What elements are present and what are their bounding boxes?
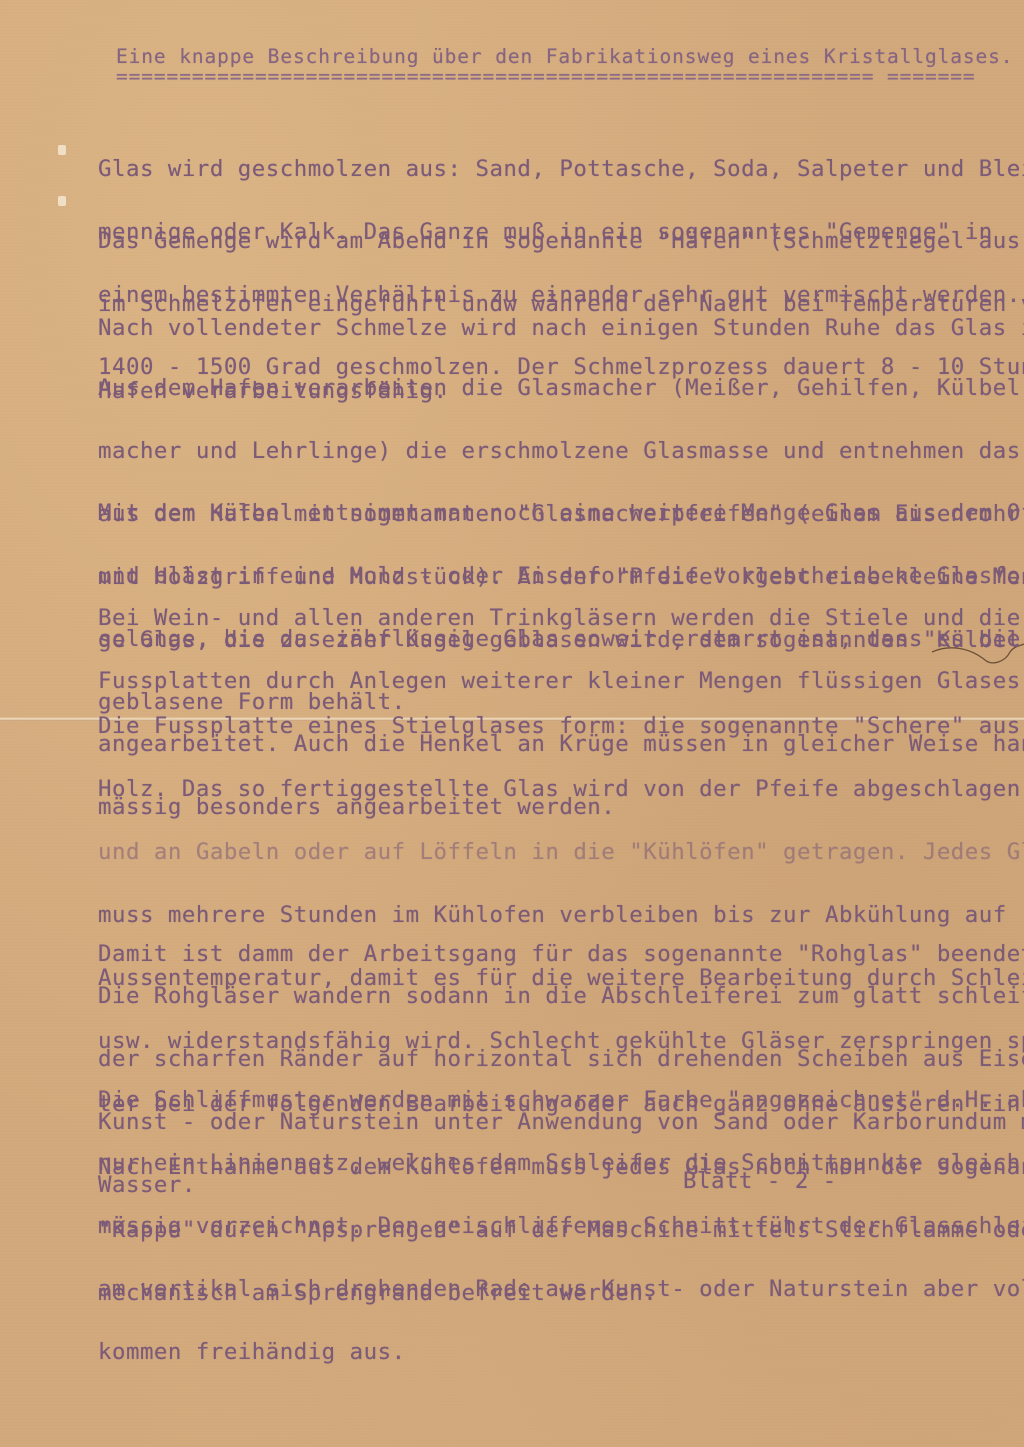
- page-label: Blatt - 2 -: [683, 1171, 837, 1192]
- text-line: Glas wird geschmolzen aus: Sand, Pottasc…: [98, 159, 1024, 180]
- text-line: Die Fussplatte eines Stielglases form: d…: [98, 716, 1024, 737]
- typewritten-document: Eine knappe Beschreibung über den Fabrik…: [98, 40, 1024, 565]
- paragraph-cutting-patterns: Die Schliffmuster werden mit schwarzer F…: [98, 1048, 1024, 1405]
- document-title: Eine knappe Beschreibung über den Fabrik…: [116, 46, 1013, 67]
- punch-hole-mark: [58, 145, 66, 155]
- text-line: Das Gemenge wird am Abend in sogenannte …: [98, 231, 1024, 252]
- punch-hole-mark: [58, 196, 66, 206]
- text-line: macher und Lehrlinge) die erschmolzene G…: [98, 441, 1024, 462]
- title-underline: ========================================…: [116, 66, 976, 87]
- text-line: Aus dem Hafen verarbeiten die Glasmacher…: [98, 378, 1024, 399]
- text-line: mässig vorzeichnet. Den geischliffenen S…: [98, 1216, 1024, 1237]
- text-line: Die Schliffmuster werden mit schwarzer F…: [98, 1090, 1024, 1111]
- text-line: Die Rohgläser wandern sodann in die Absc…: [98, 986, 1024, 1007]
- text-line: am vertikal sich drehenden Rade aus Kuns…: [98, 1279, 1024, 1300]
- text-line: Holz. Das so fertiggestellte Glas wird v…: [98, 779, 1024, 800]
- text-line: Mit dem Külbel entnimmt man noch eine we…: [98, 503, 1024, 524]
- text-line-obscured: und an Gabeln oder auf Löffeln in die "K…: [98, 842, 1024, 863]
- text-line: kommen freihändig aus.: [98, 1342, 1024, 1363]
- text-line: Bei Wein- und allen anderen Trinkgläsern…: [98, 608, 1024, 629]
- text-line: nur ein Liniennetz, welches dem Schleife…: [98, 1153, 1024, 1174]
